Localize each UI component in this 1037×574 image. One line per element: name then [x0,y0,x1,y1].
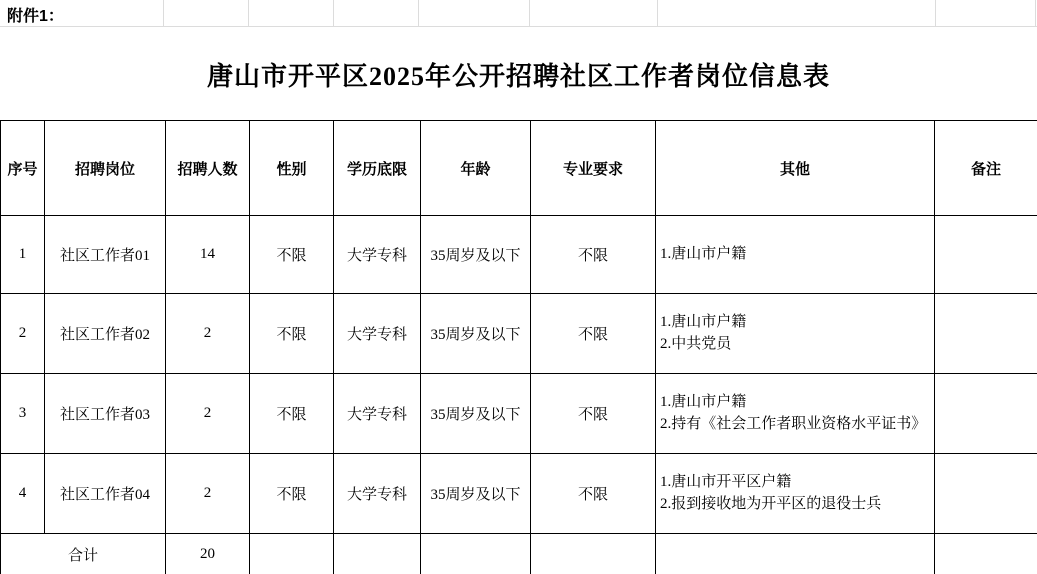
header-position: 招聘岗位 [45,121,166,216]
cell-gender: 不限 [250,454,334,534]
cell-gender: 不限 [250,374,334,454]
cell-remark [935,374,1037,454]
gridline [333,0,334,27]
page-title: 唐山市开平区2025年公开招聘社区工作者岗位信息表 [207,56,830,93]
table-header-row: 序号 招聘岗位 招聘人数 性别 学历底限 年龄 专业要求 其他 备注 [1,121,1037,216]
cell-age: 35周岁及以下 [421,454,531,534]
cell-no: 2 [1,294,45,374]
cell-education [334,534,421,574]
cell-education: 大学专科 [334,454,421,534]
cell-other: 1.唐山市户籍 2.持有《社会工作者职业资格水平证书》 [656,374,935,454]
cell-remark [935,216,1037,294]
other-requirement: 2.中共党员 [660,334,932,356]
cell-gender [250,534,334,574]
cell-gender: 不限 [250,216,334,294]
cell-education: 大学专科 [334,374,421,454]
cell-major: 不限 [531,374,656,454]
cell-count: 2 [166,374,250,454]
gridline [163,0,164,27]
gridline [657,0,658,27]
header-count: 招聘人数 [166,121,250,216]
table-row: 4 社区工作者04 2 不限 大学专科 35周岁及以下 不限 1.唐山市开平区户… [1,454,1037,534]
cell-gender: 不限 [250,294,334,374]
cell-age [421,534,531,574]
table-row: 3 社区工作者03 2 不限 大学专科 35周岁及以下 不限 1.唐山市户籍 2… [1,374,1037,454]
gridline [418,0,419,27]
header-remark: 备注 [935,121,1037,216]
other-requirement: 2.持有《社会工作者职业资格水平证书》 [660,414,932,436]
header-age: 年龄 [421,121,531,216]
header-gender: 性别 [250,121,334,216]
cell-age: 35周岁及以下 [421,294,531,374]
cell-no: 1 [1,216,45,294]
spreadsheet-document: 附件1： 唐山市开平区2025年公开招聘社区工作者岗位信息表 序号 招聘岗位 招… [0,0,1037,574]
cell-count: 2 [166,454,250,534]
header-major: 专业要求 [531,121,656,216]
other-requirement: 1.唐山市户籍 [660,312,932,334]
other-requirement: 1.唐山市开平区户籍 [660,472,932,494]
cell-position: 社区工作者04 [45,454,166,534]
spreadsheet-top-strip [0,0,1037,27]
header-other: 其他 [656,121,935,216]
cell-age: 35周岁及以下 [421,374,531,454]
table-row: 2 社区工作者02 2 不限 大学专科 35周岁及以下 不限 1.唐山市户籍 2… [1,294,1037,374]
other-requirement: 2.报到接收地为开平区的退役士兵 [660,494,932,516]
cell-position: 社区工作者01 [45,216,166,294]
cell-remark [935,294,1037,374]
cell-position: 社区工作者02 [45,294,166,374]
table-row: 1 社区工作者01 14 不限 大学专科 35周岁及以下 不限 1.唐山市户籍 [1,216,1037,294]
cell-major: 不限 [531,454,656,534]
cell-remark [935,454,1037,534]
cell-age: 35周岁及以下 [421,216,531,294]
gridline [935,0,936,27]
cell-major: 不限 [531,294,656,374]
cell-count: 2 [166,294,250,374]
cell-remark [935,534,1037,574]
gridline [248,0,249,27]
cell-no: 3 [1,374,45,454]
attachment-label: 附件1： [7,3,64,26]
cell-other [656,534,935,574]
cell-count: 14 [166,216,250,294]
table-total-row: 合计 20 [1,534,1037,574]
title-band: 唐山市开平区2025年公开招聘社区工作者岗位信息表 [0,28,1037,120]
recruitment-info-table: 序号 招聘岗位 招聘人数 性别 学历底限 年龄 专业要求 其他 备注 1 社区工… [0,120,1037,574]
gridline [1035,0,1036,27]
cell-education: 大学专科 [334,294,421,374]
header-no: 序号 [1,121,45,216]
cell-education: 大学专科 [334,216,421,294]
cell-position: 社区工作者03 [45,374,166,454]
gridline [529,0,530,27]
cell-major: 不限 [531,216,656,294]
cell-other: 1.唐山市户籍 2.中共党员 [656,294,935,374]
cell-no: 4 [1,454,45,534]
total-count: 20 [166,534,250,574]
other-requirement: 1.唐山市户籍 [660,244,932,266]
header-education: 学历底限 [334,121,421,216]
total-label: 合计 [1,534,166,574]
other-requirement: 1.唐山市户籍 [660,392,932,414]
cell-other: 1.唐山市户籍 [656,216,935,294]
cell-other: 1.唐山市开平区户籍 2.报到接收地为开平区的退役士兵 [656,454,935,534]
cell-major [531,534,656,574]
